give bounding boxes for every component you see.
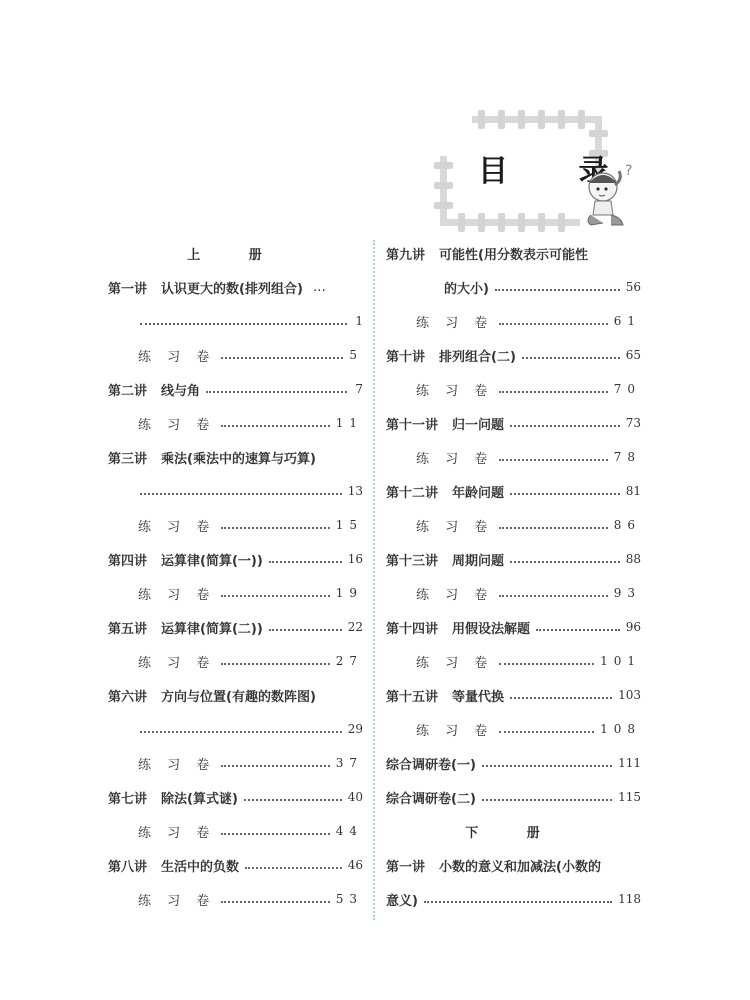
- page-number: 81: [626, 484, 641, 498]
- toc-subentry[interactable]: 练 习 卷 37: [108, 746, 363, 780]
- page-number: 101: [600, 654, 641, 668]
- leader-dots: [424, 901, 612, 903]
- exercise-label: 练 习 卷: [416, 380, 493, 399]
- toc-entry-continuation[interactable]: 意义) 118: [386, 882, 641, 916]
- leader-dots: [221, 901, 329, 903]
- toc-entry-continuation[interactable]: 13: [108, 474, 363, 508]
- chapter-title: 线与角: [161, 380, 200, 399]
- toc-subentry[interactable]: 练 习 卷 5: [108, 338, 363, 372]
- leader-dots: [221, 527, 329, 529]
- review-title: 综合调研卷(二): [386, 788, 476, 807]
- toc-entry[interactable]: 第十五讲 等量代换 103: [386, 678, 641, 712]
- toc-subentry[interactable]: 练 习 卷 101: [386, 644, 641, 678]
- toc-subentry[interactable]: 练 习 卷 86: [386, 508, 641, 542]
- toc-subentry[interactable]: 练 习 卷 11: [108, 406, 363, 440]
- toc-subentry[interactable]: 练 习 卷 15: [108, 508, 363, 542]
- exercise-label: 练 习 卷: [138, 822, 215, 841]
- exercise-label: 练 习 卷: [416, 720, 493, 739]
- chapter-number: 第四讲: [108, 550, 147, 569]
- leader-dots: [140, 731, 342, 733]
- chapter-title: 运算律(简算(一)): [161, 550, 263, 569]
- leader-dots: [269, 629, 342, 631]
- page-number: 86: [614, 518, 641, 532]
- chapter-number: 第一讲: [108, 278, 147, 297]
- leader-dots: [482, 765, 612, 767]
- toc-subentry[interactable]: 练 习 卷 108: [386, 712, 641, 746]
- leader-dots: [221, 595, 329, 597]
- leader-dots: [245, 867, 342, 869]
- chapter-title-continued: 意义): [386, 890, 418, 909]
- leader-dots: [221, 663, 329, 665]
- page-number: 88: [626, 552, 641, 566]
- volume-heading: 上 册: [108, 236, 363, 270]
- exercise-label: 练 习 卷: [416, 516, 493, 535]
- toc-entry[interactable]: 第九讲 可能性(用分数表示可能性: [386, 236, 641, 270]
- chapter-number: 第十二讲: [386, 482, 438, 501]
- page-number: 40: [348, 790, 363, 804]
- chapter-number: 第十四讲: [386, 618, 438, 637]
- leader-dots: [499, 391, 607, 393]
- chapter-number: 第三讲: [108, 448, 147, 467]
- chapter-title: 生活中的负数: [161, 856, 239, 875]
- chapter-title: 年龄问题: [452, 482, 504, 501]
- toc-entry-continuation[interactable]: 29: [108, 712, 363, 746]
- page-number: 46: [348, 858, 363, 872]
- chapter-number: 第九讲: [386, 244, 425, 263]
- chapter-number: 第二讲: [108, 380, 147, 399]
- toc-entry-continuation[interactable]: 1: [108, 304, 363, 338]
- column-divider: [373, 240, 375, 920]
- toc-subentry[interactable]: 练 习 卷 70: [386, 372, 641, 406]
- toc-subentry[interactable]: 练 习 卷 27: [108, 644, 363, 678]
- chapter-number: 第十讲: [386, 346, 425, 365]
- toc-subentry[interactable]: 练 习 卷 61: [386, 304, 641, 338]
- page-number: 5: [349, 348, 363, 362]
- toc-subentry[interactable]: 练 习 卷 44: [108, 814, 363, 848]
- leader-dots: [510, 561, 620, 563]
- chapter-title: 除法(算式谜): [161, 788, 238, 807]
- toc-entry[interactable]: 第四讲 运算律(简算(一)) 16: [108, 542, 363, 576]
- leader-dots: [206, 391, 347, 393]
- leader-dots: [499, 459, 607, 461]
- leader-dots: [495, 289, 620, 291]
- leader-dots: [221, 765, 329, 767]
- leader-dots: [499, 663, 594, 665]
- toc-subentry[interactable]: 练 习 卷 19: [108, 576, 363, 610]
- svg-text:?: ?: [625, 163, 632, 179]
- volume-heading: 下 册: [386, 814, 641, 848]
- chapter-title: 排列组合(二): [439, 346, 516, 365]
- leader-dots: [536, 629, 620, 631]
- chapter-title: 可能性(用分数表示可能性: [439, 244, 588, 263]
- page-number: 73: [626, 416, 641, 430]
- leader-dots: [221, 425, 329, 427]
- leader-dots: [499, 731, 594, 733]
- leader-dots: [221, 833, 329, 835]
- page-number: 7: [353, 382, 363, 396]
- page-number: 108: [600, 722, 641, 736]
- toc-entry[interactable]: 第十三讲 周期问题 88: [386, 542, 641, 576]
- page-number: 93: [614, 586, 641, 600]
- toc-entry[interactable]: 第十一讲 归一问题 73: [386, 406, 641, 440]
- exercise-label: 练 习 卷: [138, 414, 215, 433]
- chapter-title: 运算律(简算(二)): [161, 618, 263, 637]
- page-number: 65: [626, 348, 641, 362]
- chapter-title: 周期问题: [452, 550, 504, 569]
- leader-dots: [522, 357, 620, 359]
- chapter-number: 第一讲: [386, 856, 425, 875]
- chapter-number: 第六讲: [108, 686, 147, 705]
- chapter-title: 认识更大的数(排列组合): [161, 278, 303, 297]
- exercise-label: 练 习 卷: [416, 312, 493, 331]
- page-number: 56: [626, 280, 641, 294]
- page-number: 13: [348, 484, 363, 498]
- leader-dots: [269, 561, 342, 563]
- toc-entry-review-2[interactable]: 综合调研卷(二) 115: [386, 780, 641, 814]
- page-number: 61: [614, 314, 641, 328]
- toc-entry[interactable]: 第十讲 排列组合(二) 65: [386, 338, 641, 372]
- page-number: 70: [614, 382, 641, 396]
- toc-left-column: 上 册 第一讲 认识更大的数(排列组合) … 1 练 习 卷 5 第二讲 线与角…: [108, 236, 363, 916]
- page-number: 16: [348, 552, 363, 566]
- exercise-label: 练 习 卷: [416, 584, 493, 603]
- exercise-label: 练 习 卷: [138, 890, 215, 909]
- exercise-label: 练 习 卷: [138, 516, 215, 535]
- page-number: 103: [618, 688, 641, 702]
- chapter-title: 乘法(乘法中的速算与巧算): [161, 448, 316, 467]
- leader-dots: [482, 799, 612, 801]
- exercise-label: 练 习 卷: [138, 652, 215, 671]
- page-number: 44: [336, 824, 363, 838]
- chapter-number: 第十五讲: [386, 686, 438, 705]
- toc-entry[interactable]: 第六讲 方向与位置(有趣的数阵图): [108, 678, 363, 712]
- page-number: 1: [353, 314, 363, 328]
- page-number: 53: [336, 892, 363, 906]
- toc-entry[interactable]: 第三讲 乘法(乘法中的速算与巧算): [108, 440, 363, 474]
- toc-entry[interactable]: 第一讲 小数的意义和加减法(小数的: [386, 848, 641, 882]
- page-number: 19: [336, 586, 363, 600]
- toc-entry[interactable]: 第八讲 生活中的负数 46: [108, 848, 363, 882]
- page-number: 118: [618, 892, 641, 906]
- toc-subentry[interactable]: 练 习 卷 53: [108, 882, 363, 916]
- toc-entry[interactable]: 第七讲 除法(算式谜) 40: [108, 780, 363, 814]
- page-number: 37: [336, 756, 363, 770]
- chapter-title: 用假设法解题: [452, 618, 530, 637]
- leader-dots: [499, 595, 607, 597]
- leader-dots: [140, 323, 347, 325]
- toc-entry-continuation[interactable]: 的大小) 56: [386, 270, 641, 304]
- chapter-title: 方向与位置(有趣的数阵图): [161, 686, 316, 705]
- page-number: 111: [618, 756, 641, 770]
- page-number: 115: [618, 790, 641, 804]
- leader-dots: [510, 425, 620, 427]
- chapter-number: 第八讲: [108, 856, 147, 875]
- page-number: 15: [336, 518, 363, 532]
- leader-dots: [510, 697, 612, 699]
- chapter-number: 第十一讲: [386, 414, 438, 433]
- toc-entry[interactable]: 第十二讲 年龄问题 81: [386, 474, 641, 508]
- exercise-label: 练 习 卷: [416, 652, 493, 671]
- leader-dots: [140, 493, 342, 495]
- toc-entry-review-1[interactable]: 综合调研卷(一) 111: [386, 746, 641, 780]
- leader-dots: [499, 323, 607, 325]
- exercise-label: 练 习 卷: [138, 754, 215, 773]
- toc-subentry[interactable]: 练 习 卷 78: [386, 440, 641, 474]
- cartoon-boy-icon: ?: [575, 155, 645, 230]
- exercise-label: 练 习 卷: [138, 584, 215, 603]
- page-number: 27: [336, 654, 363, 668]
- toc-entry[interactable]: 第十四讲 用假设法解题 96: [386, 610, 641, 644]
- chapter-title: 归一问题: [452, 414, 504, 433]
- leader-dots: [510, 493, 620, 495]
- leader-dots: [244, 799, 342, 801]
- toc-subentry[interactable]: 练 习 卷 93: [386, 576, 641, 610]
- toc-right-column: 第九讲 可能性(用分数表示可能性 的大小) 56 练 习 卷 61 第十讲 排列…: [386, 236, 641, 916]
- page-number: 96: [626, 620, 641, 634]
- toc-entry[interactable]: 第五讲 运算律(简算(二)) 22: [108, 610, 363, 644]
- chapter-number: 第十三讲: [386, 550, 438, 569]
- leader-trail: …: [313, 280, 326, 295]
- exercise-label: 练 习 卷: [416, 448, 493, 467]
- review-title: 综合调研卷(一): [386, 754, 476, 773]
- chapter-number: 第七讲: [108, 788, 147, 807]
- page-number: 78: [614, 450, 641, 464]
- leader-dots: [221, 357, 343, 359]
- exercise-label: 练 习 卷: [138, 346, 215, 365]
- toc-entry[interactable]: 第二讲 线与角 7: [108, 372, 363, 406]
- chapter-title: 小数的意义和加减法(小数的: [439, 856, 601, 875]
- chapter-title-continued: 的大小): [444, 278, 489, 297]
- leader-dots: [499, 527, 607, 529]
- page-number: 29: [348, 722, 363, 736]
- chapter-number: 第五讲: [108, 618, 147, 637]
- chapter-title: 等量代换: [452, 686, 504, 705]
- toc-entry[interactable]: 第一讲 认识更大的数(排列组合) …: [108, 270, 363, 304]
- page-number: 22: [348, 620, 363, 634]
- page-number: 11: [336, 416, 363, 430]
